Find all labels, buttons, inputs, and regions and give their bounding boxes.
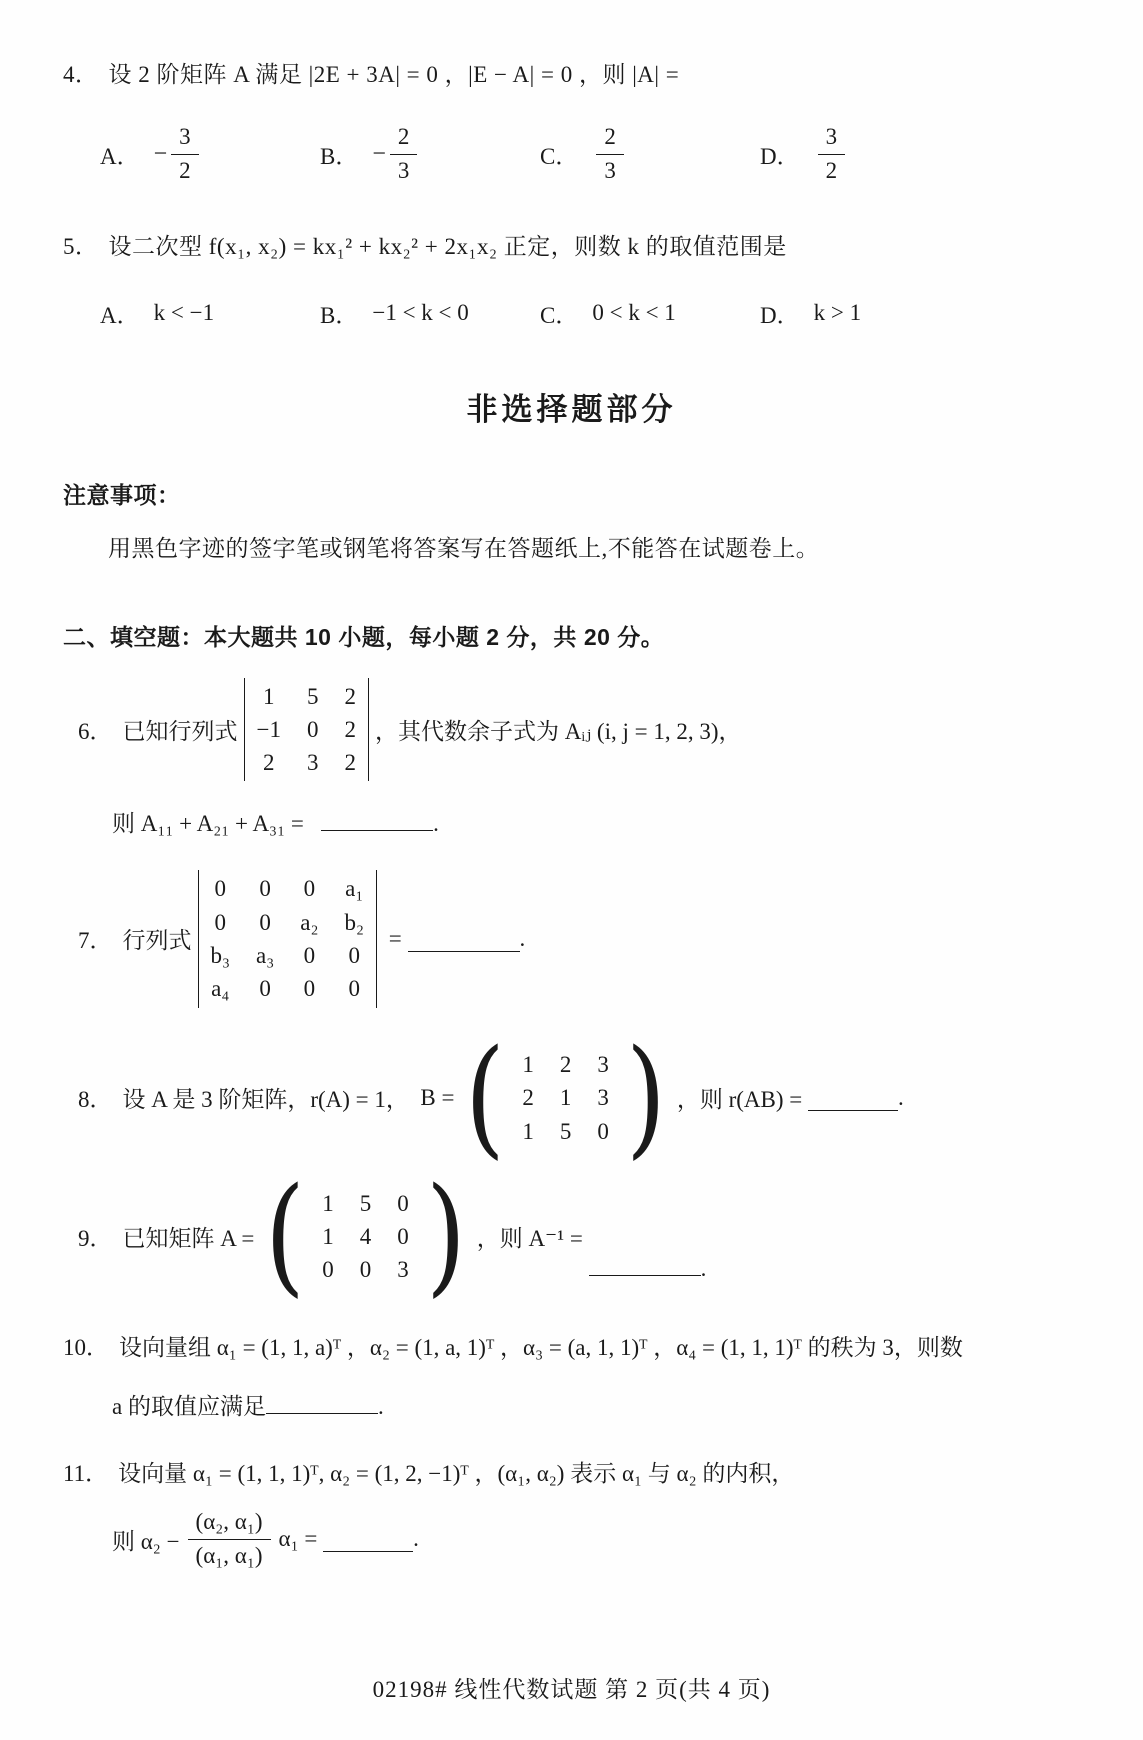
q4-option-a-label: A． [100,138,140,171]
q4-option-d-label: D． [760,138,800,171]
q4-option-b-label: B． [320,138,358,171]
question-7-equals: = [389,926,402,952]
section-title: 非选择题部分 [0,384,1143,429]
question-9-lead: 已知矩阵 A = [123,1220,255,1253]
right-paren: ) [426,1182,466,1291]
question-7-lead: 行列式 [123,922,192,955]
question-6-line2: 则 A₁₁ + A₂₁ + A₃₁ = . [112,805,1143,838]
question-10-line1: 设向量组 α₁ = (1, 1, a)ᵀ ，α₂ = (1, a, 1)ᵀ ，α… [119,1329,963,1362]
left-paren: ( [465,1044,505,1153]
question-11-line2: 则 α₂ − (α₂, α₁) (α₁, α₁) α₁ = . [112,1508,1143,1571]
question-10-line2: a 的取值应满足. [112,1388,1143,1421]
q4-option-a-fraction: 3 2 [171,123,199,186]
question-6-after: ，其代数余子式为 Aᵢⱼ (i, j = 1, 2, 3)， [375,713,742,746]
question-5-number: 5． [63,228,99,261]
q9-matrix: ( 150 140 003 ) [260,1182,470,1291]
question-5-stem: 5． 设二次型 f(x₁, x₂) = kx₁² + kx₂² + 2x₁x₂ … [63,228,1143,261]
q8-matrix: ( 123 213 150 ) [460,1044,670,1153]
q11-fraction: (α₂, α₁) (α₁, α₁) [188,1508,271,1571]
q4-option-c: C． 2 3 [540,123,760,186]
question-5-text: 设二次型 f(x₁, x₂) = kx₁² + kx₂² + 2x₁x₂ 正定，… [109,228,787,261]
right-paren: ) [626,1044,666,1153]
q4-option-d: D． 3 2 [760,123,845,186]
q9-answer-blank [589,1251,701,1276]
q10-answer-blank [266,1389,378,1414]
question-4-text: 设 2 阶矩阵 A 满足 |2E + 3A| = 0 ，|E − A| = 0 … [109,56,680,89]
question-9: 9． 已知矩阵 A = ( 150 140 003 ) ，则 A⁻¹ = . [78,1182,1143,1291]
question-5-options: A． k < −1 B． −1 < k < 0 C． 0 < k < 1 D． … [100,297,1143,330]
question-8-lead: 设 A 是 3 阶矩阵，r(A) = 1， [123,1081,409,1114]
q6-determinant: 152 −102 232 [244,678,369,782]
q4-option-a-sign: − [154,141,168,168]
question-4-options: A． − 3 2 B． − 2 3 C． 2 3 D． [100,123,1143,186]
question-8-b-equals: B = [420,1085,454,1111]
question-4-number: 4． [63,56,99,89]
question-7-number: 7． [78,922,113,955]
q5-option-a: A． k < −1 [100,297,320,330]
q4-option-b: B． − 2 3 [320,123,540,186]
q5-option-c: C． 0 < k < 1 [540,297,760,330]
question-11: 11． 设向量 α₁ = (1, 1, 1)ᵀ, α₂ = (1, 2, −1)… [63,1455,1143,1488]
q9-answer-area: . [589,1251,707,1282]
fill-section-header: 二、填空题：本大题共 10 小题，每小题 2 分，共 20 分。 [63,619,1143,652]
question-8: 8． 设 A 是 3 阶矩阵，r(A) = 1， B = ( 123 213 1… [78,1044,1143,1153]
question-6: 6． 已知行列式 152 −102 232 ，其代数余子式为 Aᵢⱼ (i, j… [78,678,1143,782]
notice-title: 注意事项： [63,477,1143,510]
question-4-stem: 4． 设 2 阶矩阵 A 满足 |2E + 3A| = 0 ，|E − A| =… [63,56,1143,89]
question-10-number: 10． [63,1329,109,1362]
left-paren: ( [265,1182,305,1291]
question-8-number: 8． [78,1081,113,1114]
q8-answer-blank [808,1085,898,1110]
question-9-after: ，则 A⁻¹ = [477,1220,583,1253]
q11-answer-blank [323,1527,413,1552]
q4-option-d-fraction: 3 2 [818,123,846,186]
question-7: 7． 行列式 000a₁ 00a₂b₂ b₃a₃00 a₄000 = . [78,870,1143,1007]
question-9-number: 9． [78,1220,113,1253]
q4-option-c-fraction: 2 3 [596,123,624,186]
q4-option-c-label: C． [540,138,578,171]
q7-answer-blank [408,926,520,951]
q5-option-b: B． −1 < k < 0 [320,297,540,330]
question-11-line1: 设向量 α₁ = (1, 1, 1)ᵀ, α₂ = (1, 2, −1)ᵀ ，(… [118,1455,794,1488]
question-8-after: ，则 r(AB) = [677,1081,802,1114]
q4-option-a: A． − 3 2 [100,123,320,186]
q6-answer-blank [321,806,433,831]
exam-page: 4． 设 2 阶矩阵 A 满足 |2E + 3A| = 0 ，|E − A| =… [0,0,1143,1740]
page-footer: 02198# 线性代数试题 第 2 页(共 4 页) [0,1671,1143,1704]
question-11-number: 11． [63,1455,108,1488]
q5-option-d: D． k > 1 [760,297,861,330]
question-6-number: 6． [78,713,113,746]
question-10: 10． 设向量组 α₁ = (1, 1, a)ᵀ ，α₂ = (1, a, 1)… [63,1329,1143,1362]
q7-determinant: 000a₁ 00a₂b₂ b₃a₃00 a₄000 [198,870,378,1007]
question-6-lead: 已知行列式 [123,713,238,746]
q4-option-b-fraction: 2 3 [390,123,418,186]
notice-body: 用黑色字迹的签字笔或钢笔将答案写在答题纸上,不能答在试题卷上。 [108,530,1143,563]
q4-option-b-sign: − [372,141,386,168]
